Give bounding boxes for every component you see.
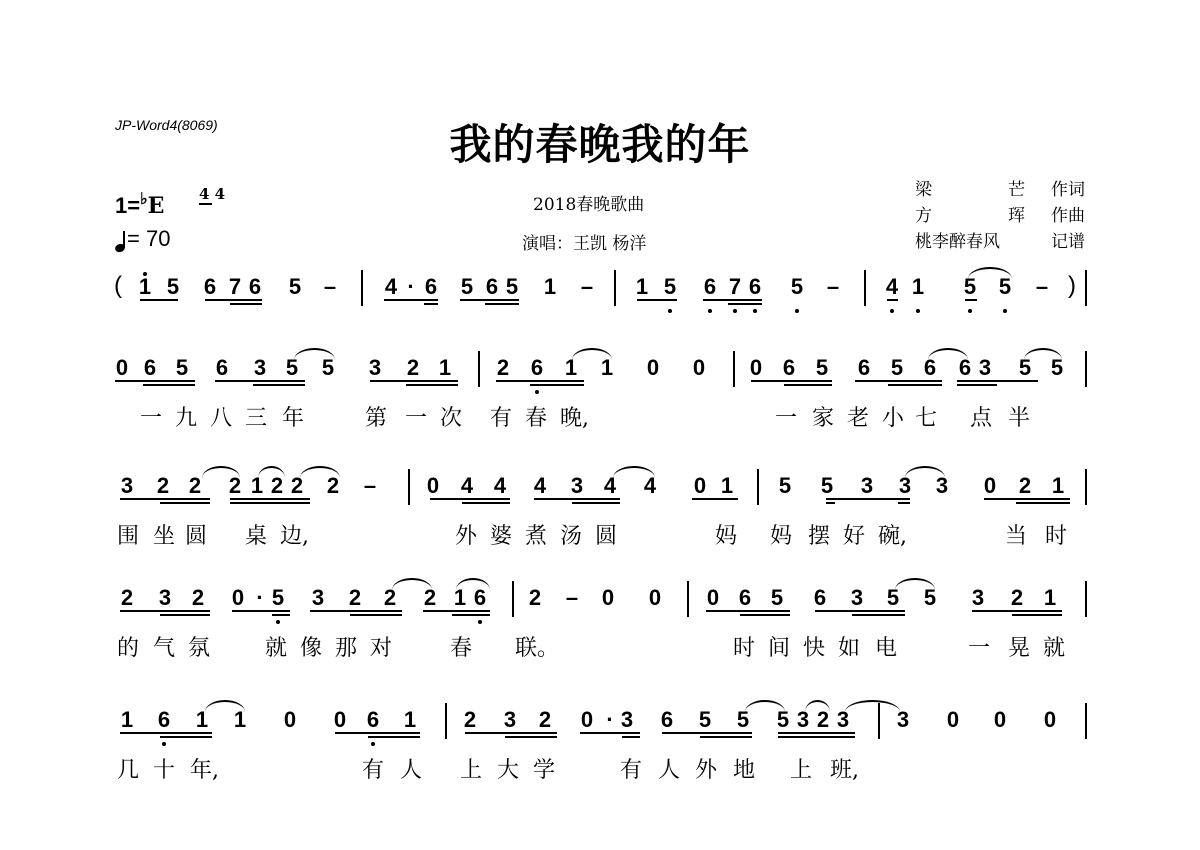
lyric-char: 时 <box>1045 524 1067 550</box>
lyric-char: 圆 <box>185 524 207 550</box>
credit-name-char: 梁 <box>915 177 932 203</box>
beam-underline <box>485 303 519 305</box>
note: 6 <box>422 275 440 299</box>
high-octave-dot <box>143 272 147 276</box>
note: 0 <box>599 586 617 610</box>
beam-underline <box>143 384 195 386</box>
beam-underline <box>898 502 910 504</box>
lyric-char: 煮 <box>525 524 547 550</box>
lyric-char: 第 <box>365 406 387 432</box>
lyric-char: 七 <box>915 406 937 432</box>
note: 0 <box>991 708 1009 732</box>
beam-underline <box>496 380 584 382</box>
lyric-char: 地 <box>733 758 755 784</box>
note: 1 <box>118 708 136 732</box>
tie-slur <box>205 700 245 712</box>
note: 0 <box>690 356 708 380</box>
beam-underline <box>424 303 438 305</box>
lyric-char: 班, <box>830 758 859 784</box>
beam-underline <box>160 736 212 738</box>
lyric-char: 外 <box>695 758 717 784</box>
note: 0 <box>747 356 765 380</box>
lyric-char: 氛 <box>188 636 210 662</box>
low-octave-dot <box>478 620 482 624</box>
beam-underline <box>272 614 290 616</box>
beam-underline <box>350 614 402 616</box>
beam-underline <box>692 498 738 500</box>
beam-underline <box>205 299 262 301</box>
dash-rest: – <box>824 275 842 299</box>
lyric-char: 妈 <box>715 524 737 550</box>
parenthesis: ) <box>1068 273 1076 299</box>
note: 4 <box>883 275 901 299</box>
note: 1 <box>401 708 419 732</box>
note: 6 <box>201 275 219 299</box>
beam-underline <box>452 614 490 616</box>
time-sig-divider <box>199 203 212 205</box>
beam-underline <box>826 502 835 504</box>
time-sig-top: 4 <box>199 185 209 203</box>
beam-underline <box>460 299 519 301</box>
lyric-char: 坐 <box>153 524 175 550</box>
note: 1 <box>909 275 927 299</box>
beam-underline <box>826 498 910 500</box>
credit-name-char: 芒 <box>1008 177 1025 203</box>
beam-underline <box>700 736 752 738</box>
bar-line <box>478 351 480 387</box>
lyric-char: 有 <box>362 758 384 784</box>
lyric-char: 三 <box>245 406 267 432</box>
lyric-char: 八 <box>210 406 232 432</box>
low-octave-dot <box>733 309 737 313</box>
lyric-char: 春 <box>450 636 472 662</box>
beam-underline <box>855 380 942 382</box>
key-note: E <box>148 193 165 219</box>
note: 3 <box>568 474 586 498</box>
note: 6 <box>855 356 873 380</box>
tie-slur <box>258 466 285 478</box>
lyric-char: 间 <box>768 636 790 662</box>
note: 2 <box>494 356 512 380</box>
beam-underline <box>706 610 790 612</box>
beam-underline <box>852 614 905 616</box>
low-octave-dot <box>1003 309 1007 313</box>
lyric-char: 婆 <box>490 524 512 550</box>
credit-name: 桃李醉春风 <box>915 229 1000 255</box>
beam-underline <box>662 732 752 734</box>
beam-underline <box>370 380 458 382</box>
tie-slur <box>745 700 785 712</box>
beam-underline <box>368 736 420 738</box>
low-octave-dot <box>276 620 280 624</box>
beam-underline <box>160 614 210 616</box>
credit-line: 桃李醉春风记谱 <box>915 229 1085 255</box>
note: 6 <box>213 356 231 380</box>
tempo-value: = 70 <box>127 226 170 251</box>
key-signature: 1=♭E <box>115 193 164 219</box>
note: 0 <box>944 708 962 732</box>
beam-underline <box>957 380 1038 382</box>
tie-slur <box>456 578 490 590</box>
beam-underline <box>637 299 677 301</box>
note: 3 <box>858 474 876 498</box>
dotted-rhythm: · <box>601 708 619 732</box>
credit-name: 梁芒 <box>915 177 1025 203</box>
beam-underline <box>778 732 855 734</box>
note: 4 <box>382 275 400 299</box>
lyric-char: 边, <box>280 524 309 550</box>
tie-slur <box>895 578 935 590</box>
lyric-char: 就 <box>1043 636 1065 662</box>
tie-slur <box>968 267 1012 279</box>
beam-underline <box>784 384 832 386</box>
note: 1 <box>1041 586 1059 610</box>
note: 5 <box>286 275 304 299</box>
note: 4 <box>458 474 476 498</box>
credit-name-char: 珲 <box>1008 203 1025 229</box>
low-octave-dot <box>162 742 166 746</box>
credit-line: 梁芒作词 <box>915 177 1085 203</box>
bar-line <box>1085 581 1087 617</box>
dotted-rhythm: · <box>402 275 420 299</box>
beam-underline <box>310 610 402 612</box>
note: 4 <box>531 474 549 498</box>
lyric-char: 点 <box>970 406 992 432</box>
beam-underline <box>1012 614 1062 616</box>
lyric-char: 那 <box>335 636 357 662</box>
note: 3 <box>309 586 327 610</box>
tie-slur <box>392 578 432 590</box>
beam-underline <box>984 498 1070 500</box>
beam-underline <box>384 299 438 301</box>
lyric-char: 妈 <box>770 524 792 550</box>
note: 1 <box>718 474 736 498</box>
note: 6 <box>155 708 173 732</box>
tie-slur <box>202 466 240 478</box>
bar-line <box>1085 270 1087 306</box>
note: 2 <box>461 708 479 732</box>
lyric-char: 大 <box>497 758 519 784</box>
lyric-char: 年 <box>282 406 304 432</box>
note: 0 <box>424 474 442 498</box>
note: 5 <box>661 275 679 299</box>
lyric-char: 外 <box>455 524 477 550</box>
lyric-char: 上 <box>460 758 482 784</box>
beam-underline <box>622 736 640 738</box>
note: 0 <box>1041 708 1059 732</box>
note: 5 <box>776 474 794 498</box>
beam-underline <box>232 610 290 612</box>
lyric-char: 半 <box>1008 406 1030 432</box>
lyric-char: 就 <box>265 636 287 662</box>
note: 1 <box>436 356 454 380</box>
note: 5 <box>813 356 831 380</box>
lyric-char: 九 <box>175 406 197 432</box>
note: 5 <box>458 275 476 299</box>
note: 3 <box>366 356 384 380</box>
note: 0 <box>331 708 349 732</box>
credit-role: 作词 <box>1051 177 1085 203</box>
note: 6 <box>246 275 264 299</box>
lyric-char: 学 <box>533 758 555 784</box>
note: 5 <box>269 586 287 610</box>
beam-underline <box>423 610 490 612</box>
bar-line <box>361 270 363 306</box>
beam-underline <box>505 736 557 738</box>
note: 6 <box>364 708 382 732</box>
lyric-char: 时 <box>733 636 755 662</box>
quarter-note-icon <box>115 232 127 252</box>
beam-underline <box>160 502 210 504</box>
tie-slur <box>928 348 968 360</box>
note: 2 <box>189 586 207 610</box>
dash-rest: – <box>578 275 596 299</box>
lyric-char: 人 <box>658 758 680 784</box>
key-prefix: 1= <box>115 193 140 218</box>
note: 2 <box>1016 474 1034 498</box>
note: 5 <box>788 275 806 299</box>
lyric-char: 一 <box>775 406 797 432</box>
beam-underline <box>230 498 310 500</box>
note: 6 <box>658 708 676 732</box>
lyric-char: 人 <box>400 758 422 784</box>
lyric-char: 年, <box>190 758 219 784</box>
beam-underline <box>572 502 620 504</box>
parenthesis: ( <box>114 273 122 299</box>
note: 7 <box>726 275 744 299</box>
note: 6 <box>811 586 829 610</box>
beam-underline <box>430 498 510 500</box>
dash-rest: – <box>563 586 581 610</box>
beam-underline <box>580 732 640 734</box>
beam-underline <box>740 614 790 616</box>
beam-underline <box>972 610 1062 612</box>
bar-line <box>445 703 447 739</box>
lyric-char: 春 <box>525 406 547 432</box>
note: 0 <box>691 474 709 498</box>
beam-underline <box>230 303 262 305</box>
beam-underline <box>406 384 458 386</box>
tie-slur <box>294 348 335 360</box>
note: 3 <box>976 356 994 380</box>
low-octave-dot <box>668 309 672 313</box>
beam-underline <box>140 299 178 301</box>
lyric-char: 家 <box>812 406 834 432</box>
note: 2 <box>404 356 422 380</box>
low-octave-dot <box>371 742 375 746</box>
bar-line <box>1085 703 1087 739</box>
bar-line <box>614 270 616 306</box>
note: 6 <box>141 356 159 380</box>
low-octave-dot <box>968 309 972 313</box>
lyric-char: 小 <box>882 406 904 432</box>
note: 6 <box>780 356 798 380</box>
lyric-char: 摆 <box>808 524 830 550</box>
beam-underline <box>335 732 420 734</box>
beam-underline <box>120 610 210 612</box>
lyric-char: 十 <box>153 758 175 784</box>
bar-line <box>512 581 514 617</box>
note: 1 <box>136 275 154 299</box>
tempo-marking: = 70 <box>115 226 170 252</box>
tie-slur <box>572 348 612 360</box>
note: 2 <box>346 586 364 610</box>
note: 3 <box>969 586 987 610</box>
singers-line: 演唱：王凯 杨洋 <box>522 229 646 254</box>
lyric-char: 有 <box>490 406 512 432</box>
tie-slur <box>300 466 340 478</box>
lyric-char: 晚, <box>560 406 589 432</box>
low-octave-dot <box>535 390 539 394</box>
lyric-char: 联。 <box>515 636 559 662</box>
low-octave-dot <box>753 309 757 313</box>
lyric-char: 如 <box>838 636 860 662</box>
lyric-char: 桌 <box>245 524 267 550</box>
dash-rest: – <box>321 275 339 299</box>
dotted-rhythm: · <box>251 586 269 610</box>
note: 0 <box>646 586 664 610</box>
note: 5 <box>818 474 836 498</box>
dash-rest: – <box>1033 275 1051 299</box>
tie-slur <box>905 466 945 478</box>
credit-role: 作曲 <box>1051 203 1085 229</box>
note: 2 <box>154 474 172 498</box>
low-octave-dot <box>708 309 712 313</box>
beam-underline <box>1016 502 1070 504</box>
note: 3 <box>848 586 866 610</box>
low-octave-dot <box>890 309 894 313</box>
lyric-char: 像 <box>300 636 322 662</box>
credit-name-char: 桃李醉春风 <box>915 229 1000 255</box>
note: 3 <box>118 474 136 498</box>
beam-underline <box>230 502 310 504</box>
lyric-char: 几 <box>117 758 139 784</box>
tie-slur <box>613 466 655 478</box>
note: 3 <box>501 708 519 732</box>
note: 5 <box>173 356 191 380</box>
note: 3 <box>251 356 269 380</box>
song-subtitle: 2018春晚歌曲 <box>533 190 644 215</box>
time-signature: 4 4 <box>199 187 225 202</box>
note: 5 <box>164 275 182 299</box>
lyric-char: 碗, <box>878 524 907 550</box>
beam-underline <box>778 736 855 738</box>
lyric-char: 一 <box>405 406 427 432</box>
low-octave-dot <box>916 309 920 313</box>
beam-underline <box>957 384 997 386</box>
beam-underline <box>703 299 762 301</box>
beam-underline <box>888 384 942 386</box>
note: 0 <box>229 586 247 610</box>
lyric-char: 一 <box>140 406 162 432</box>
note: 3 <box>156 586 174 610</box>
song-title: 我的春晚我的年 <box>0 112 1200 172</box>
note: 6 <box>483 275 501 299</box>
bar-line <box>864 270 866 306</box>
beam-underline <box>462 502 510 504</box>
beam-underline <box>887 299 898 301</box>
tie-slur <box>845 700 900 712</box>
beam-underline <box>751 380 832 382</box>
bar-line <box>1085 469 1087 505</box>
note: 2 <box>118 586 136 610</box>
beam-underline <box>534 498 620 500</box>
note: 6 <box>736 586 754 610</box>
note: 0 <box>644 356 662 380</box>
note: 2 <box>526 586 544 610</box>
credit-role: 记谱 <box>1051 229 1085 255</box>
note: 6 <box>701 275 719 299</box>
lyric-char: 上 <box>790 758 812 784</box>
beam-underline <box>120 498 210 500</box>
note: 5 <box>768 586 786 610</box>
beam-underline <box>215 380 305 382</box>
beam-underline <box>120 732 212 734</box>
lyric-char: 围 <box>117 524 139 550</box>
dash-rest: – <box>361 474 379 498</box>
lyric-char: 一 <box>968 636 990 662</box>
note: 1 <box>541 275 559 299</box>
credit-name: 方珲 <box>915 203 1025 229</box>
lyric-char: 好 <box>843 524 865 550</box>
note: 1 <box>633 275 651 299</box>
credit-line: 方珲作曲 <box>915 203 1085 229</box>
beam-underline <box>465 732 557 734</box>
note: 5 <box>503 275 521 299</box>
note: 5 <box>696 708 714 732</box>
beam-underline <box>728 303 762 305</box>
bar-line <box>687 581 689 617</box>
lyric-char: 有 <box>620 758 642 784</box>
lyric-char: 次 <box>440 406 462 432</box>
lyric-char: 快 <box>803 636 825 662</box>
note: 0 <box>113 356 131 380</box>
beam-underline <box>115 380 195 382</box>
note: 3 <box>618 708 636 732</box>
beam-underline <box>815 610 905 612</box>
lyric-char: 晃 <box>1008 636 1030 662</box>
note: 0 <box>704 586 722 610</box>
lyric-char: 圆 <box>595 524 617 550</box>
flat-icon: ♭ <box>140 191 148 208</box>
note: 5 <box>888 356 906 380</box>
bar-line <box>878 703 880 739</box>
note: 4 <box>491 474 509 498</box>
time-sig-bottom: 4 <box>215 185 225 203</box>
credit-name-char: 方 <box>915 203 932 229</box>
beam-underline <box>253 384 305 386</box>
lyric-char: 的 <box>117 636 139 662</box>
note: 2 <box>536 708 554 732</box>
bar-line <box>1085 351 1087 387</box>
lyric-char: 电 <box>875 636 897 662</box>
beam-underline <box>530 384 584 386</box>
beam-underline <box>965 299 977 301</box>
note: 1 <box>1049 474 1067 498</box>
note: 7 <box>226 275 244 299</box>
lyric-char: 汤 <box>560 524 582 550</box>
bar-line <box>757 469 759 505</box>
note: 0 <box>281 708 299 732</box>
tie-slur <box>805 700 830 712</box>
note: 6 <box>528 356 546 380</box>
bar-line <box>408 469 410 505</box>
low-octave-dot <box>795 309 799 313</box>
note: 2 <box>1008 586 1026 610</box>
bar-line <box>733 351 735 387</box>
note: 0 <box>981 474 999 498</box>
note: 6 <box>746 275 764 299</box>
